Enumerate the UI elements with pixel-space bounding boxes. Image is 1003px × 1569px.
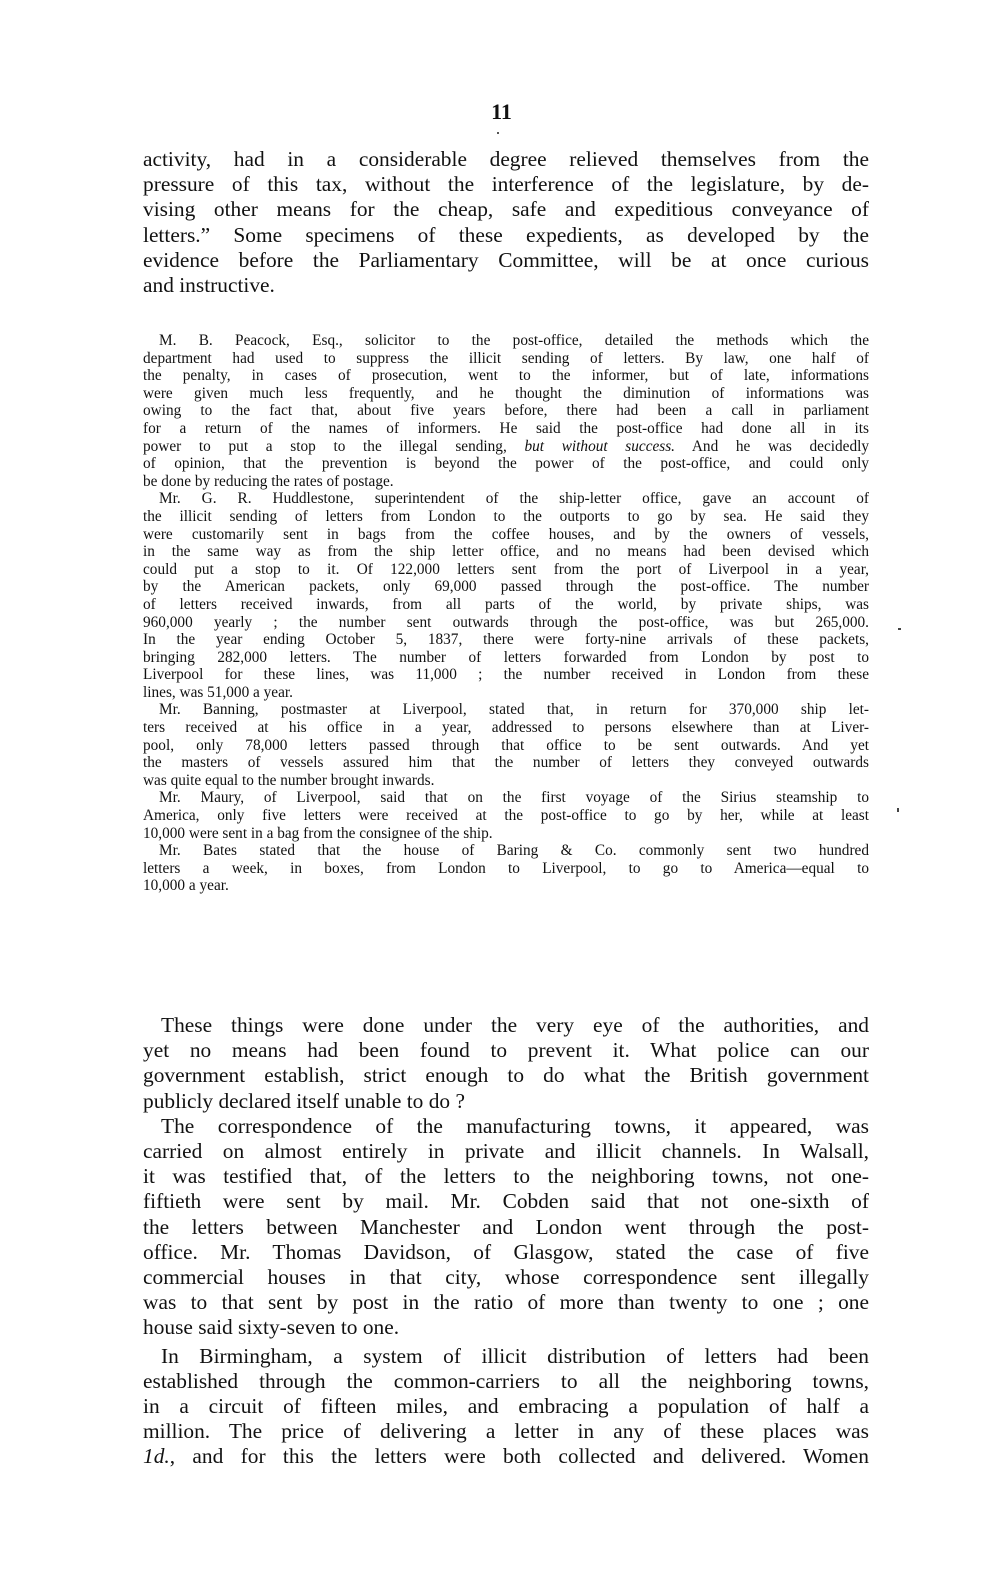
text-line: department had used to suppress the illi… xyxy=(143,350,869,368)
text-line: Mr. Maury, of Liverpool, said that on th… xyxy=(143,789,869,807)
page-number: 11 xyxy=(0,99,1003,125)
text-line: were customarily sent in bags from the c… xyxy=(143,526,869,544)
book-page: 11 activity, had in a considerable degre… xyxy=(0,0,1003,1569)
text-line: Liverpool for these lines, was 11,000 ; … xyxy=(143,666,869,684)
text-line: 10,000 a year. xyxy=(143,877,869,895)
text-line: the illicit sending of letters from Lond… xyxy=(143,508,869,526)
text-line: commercial houses in that city, whose co… xyxy=(143,1265,869,1290)
extract-paragraph-banning: Mr. Banning, postmaster at Liverpool, st… xyxy=(143,701,869,789)
text-line: bringing 282,000 letters. The number of … xyxy=(143,649,869,667)
text-line: The correspondence of the manufacturing … xyxy=(143,1114,869,1139)
text-line: Mr. G. R. Huddlestone, superintendent of… xyxy=(143,490,869,508)
extract-paragraph-maury: Mr. Maury, of Liverpool, said that on th… xyxy=(143,789,869,842)
text-line: In the year ending October 5, 1837, ther… xyxy=(143,631,869,649)
text-line: in the same way as from the ship letter … xyxy=(143,543,869,561)
text-line: carried on almost entirely in private an… xyxy=(143,1139,869,1164)
scan-speck xyxy=(497,132,499,134)
text-line: letters.” Some specimens of these expedi… xyxy=(143,223,869,248)
text-line: for a return of the names of informers. … xyxy=(143,420,869,438)
text-line: publicly declared itself unable to do ? xyxy=(143,1089,869,1114)
text-line: In Birmingham, a system of illicit distr… xyxy=(143,1344,869,1369)
text-line: in a circuit of fifteen miles, and embra… xyxy=(143,1394,869,1419)
text-line: Mr. Bates stated that the house of Barin… xyxy=(143,842,869,860)
text-line: 10,000 were sent in a bag from the consi… xyxy=(143,825,869,843)
text-line: ters received at his office in a year, a… xyxy=(143,719,869,737)
text-line: 960,000 yearly ; the number sent outward… xyxy=(143,614,869,632)
text-line: of opinion, that the prevention is beyon… xyxy=(143,455,869,473)
text-line: office. Mr. Thomas Davidson, of Glasgow,… xyxy=(143,1240,869,1265)
text-line: house said sixty-seven to one. xyxy=(143,1315,869,1340)
text-line: by the American packets, only 69,000 pas… xyxy=(143,578,869,596)
text-line: the penalty, in cases of prosecution, we… xyxy=(143,367,869,385)
extract-paragraph-bates: Mr. Bates stated that the house of Barin… xyxy=(143,842,869,895)
extract-paragraph-huddlestone: Mr. G. R. Huddlestone, superintendent of… xyxy=(143,490,869,701)
text-line: government establish, strict enough to d… xyxy=(143,1063,869,1088)
text-line: yet no means had been found to prevent i… xyxy=(143,1038,869,1063)
body-paragraph-manufacturing-towns: The correspondence of the manufacturing … xyxy=(143,1114,869,1341)
text-line: owing to the fact that, about five years… xyxy=(143,402,869,420)
extract-paragraph-peacock: M. B. Peacock, Esq., solicitor to the po… xyxy=(143,332,869,490)
text-line: vising other means for the cheap, safe a… xyxy=(143,197,869,222)
body-paragraph-authorities: These things were done under the very ey… xyxy=(143,1013,869,1114)
body-paragraph-birmingham: In Birmingham, a system of illicit distr… xyxy=(143,1344,869,1470)
text-line: and instructive. xyxy=(143,273,869,298)
text-line: established through the common-carriers … xyxy=(143,1369,869,1394)
text-line: America, only five letters were received… xyxy=(143,807,869,825)
scan-speck xyxy=(897,808,899,812)
text-line: could put a stop to it. Of 122,000 lette… xyxy=(143,561,869,579)
text-line: of letters received inwards, from all pa… xyxy=(143,596,869,614)
text-line: letters a week, in boxes, from London to… xyxy=(143,860,869,878)
text-line: fiftieth were sent by mail. Mr. Cobden s… xyxy=(143,1189,869,1214)
text-line: the masters of vessels assured him that … xyxy=(143,754,869,772)
text-segment: , xyxy=(170,1444,193,1468)
evidence-extract: M. B. Peacock, Esq., solicitor to the po… xyxy=(143,332,869,895)
intro-paragraph: activity, had in a considerable degree r… xyxy=(143,147,869,298)
text-line-with-italic: power to put a stop to the illegal sendi… xyxy=(143,438,869,456)
text-line: the letters between Manchester and Londo… xyxy=(143,1215,869,1240)
text-line: Mr. Banning, postmaster at Liverpool, st… xyxy=(143,701,869,719)
text-line: were given much less frequently, and he … xyxy=(143,385,869,403)
text-line: it was testified that, of the letters to… xyxy=(143,1164,869,1189)
text-line: was to that sent by post in the ratio of… xyxy=(143,1290,869,1315)
text-line: M. B. Peacock, Esq., solicitor to the po… xyxy=(143,332,869,350)
text-line: lines, was 51,000 a year. xyxy=(143,684,869,702)
text-segment: power to put a stop to the illegal sendi… xyxy=(143,438,524,455)
text-line: million. The price of delivering a lette… xyxy=(143,1419,869,1444)
text-line: These things were done under the very ey… xyxy=(143,1013,869,1038)
text-line: activity, had in a considerable degree r… xyxy=(143,147,869,172)
scan-speck xyxy=(898,628,901,630)
text-line: evidence before the Parliamentary Commit… xyxy=(143,248,869,273)
body-text: These things were done under the very ey… xyxy=(143,1013,869,1470)
text-segment: And he was decidedly xyxy=(675,438,869,455)
text-line: be done by reducing the rates of postage… xyxy=(143,473,869,491)
italic-currency: 1d. xyxy=(143,1444,170,1468)
text-line: was quite equal to the number brought in… xyxy=(143,772,869,790)
text-line-with-italic: 1d., and for this the letters were both … xyxy=(143,1444,869,1469)
text-line: pool, only 78,000 letters passed through… xyxy=(143,737,869,755)
text-line: pressure of this tax, without the interf… xyxy=(143,172,869,197)
italic-emphasis: but without success. xyxy=(524,438,675,455)
text-segment: and for this the letters were both colle… xyxy=(192,1444,869,1468)
